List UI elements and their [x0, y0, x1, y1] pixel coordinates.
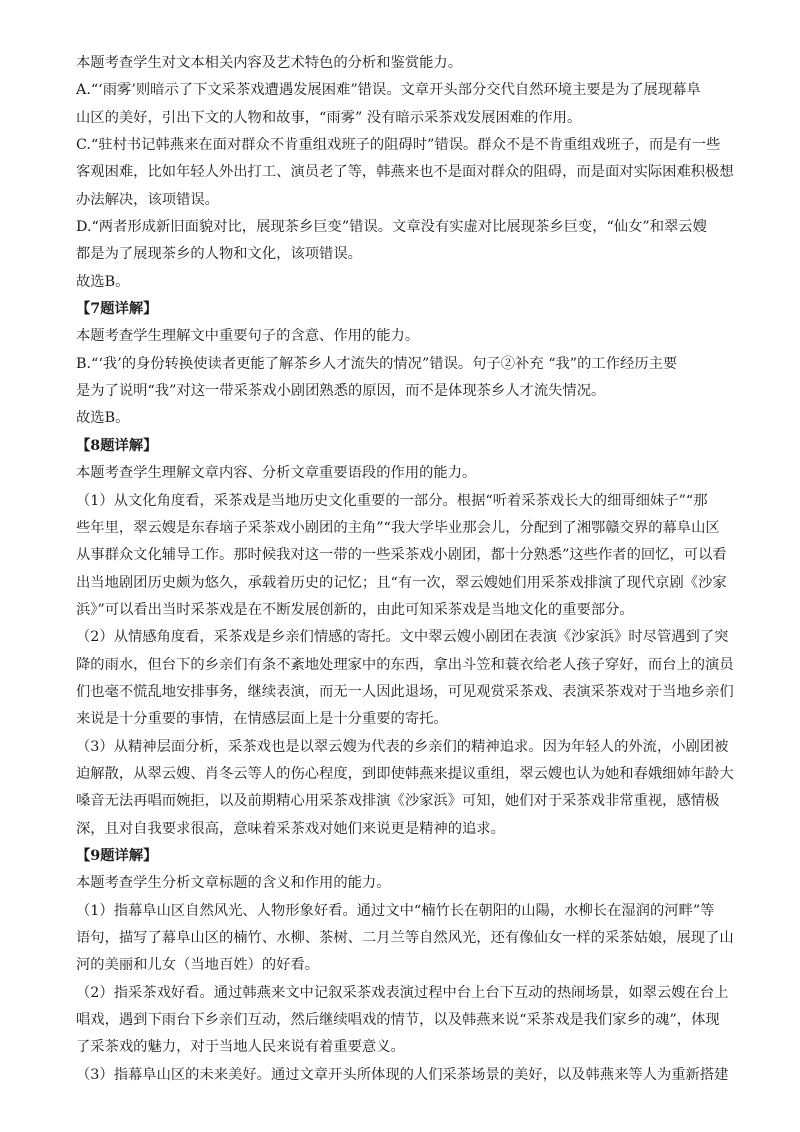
text-line: 本题考查学生分析文章标题的含义和作用的能力。: [76, 870, 736, 897]
text-line: 都是为了展现茶乡的人物和文化，该项错误。: [76, 241, 736, 268]
text-line: 是为了说明“我”对这一带采茶戏小剧团熟悉的原因，而不是体现茶乡人才流失情况。: [76, 378, 736, 405]
text-line: 迫解散，从翠云嫂、肖冬云等人的伤心程度，到即使韩燕来提议重组，翠云嫂也认为她和春…: [76, 761, 736, 788]
text-line: 降的雨水，但台下的乡亲们有条不紊地处理家中的东西，拿出斗笠和蓑衣给老人孩子穿好，…: [76, 652, 736, 679]
text-line: 办法解决，该项错误。: [76, 187, 736, 214]
text-line-point-3: （3）从精神层面分析，采茶戏也是以翠云嫂为代表的乡亲们的精神追求。因为年轻人的外…: [76, 734, 736, 761]
text-line: 山区的美好，引出下文的人物和故事，“雨雾” 没有暗示采茶戏发展困难的作用。: [76, 105, 736, 132]
text-line: 浜》”可以看出当时采茶戏是在不断发展创新的，由此可知采茶戏是当地文化的重要部分。: [76, 597, 736, 624]
section-heading-q8: 【8题详解】: [76, 433, 736, 460]
text-line: 深，且对自我要求很高，意味着采茶戏对她们来说更是精神的追求。: [76, 816, 736, 843]
text-line-option-d: D.“两者形成新旧面貌对比，展现茶乡巨变”错误。文章没有实虚对比展现茶乡巨变，“…: [76, 214, 736, 241]
text-line: 语句，描写了幕阜山区的楠竹、水柳、茶树、二月兰等自然风光，还有像仙女一样的采茶姑…: [76, 925, 736, 952]
text-line-option-b: B.“‘我’的身份转换使读者更能了解茶乡人才流失的情况”错误。句子②补充 “我”…: [76, 351, 736, 378]
text-line-point-1: （1）指幕阜山区自然风光、人物形象好看。通过文中“楠竹长在朝阳的山陽，水柳长在湿…: [76, 898, 736, 925]
text-line: 河的美丽和儿女（当地百姓）的好看。: [76, 952, 736, 979]
text-line: 嗓音无法再唱而婉拒，以及前期精心用采茶戏排演《沙家浜》可知，她们对于采茶戏非常重…: [76, 788, 736, 815]
answer-line: 故选B。: [76, 405, 736, 432]
text-line: 了采茶戏的魅力，对于当地人民来说有着重要意义。: [76, 1034, 736, 1061]
text-line: 些年里，翠云嫂是东春垴子采茶戏小剧团的主角”“我大学毕业那会儿，分配到了湘鄂赣交…: [76, 515, 736, 542]
text-line: 本题考查学生理解文章内容、分析文章重要语段的作用的能力。: [76, 460, 736, 487]
text-line: 来说是十分重要的事情，在情感层面上是十分重要的寄托。: [76, 706, 736, 733]
text-line: 们也毫不慌乱地安排事务，继续表演，而无一人因此退场，可见观赏采茶戏、表演采茶戏对…: [76, 679, 736, 706]
text-line: 本题考查学生理解文中重要句子的含意、作用的能力。: [76, 323, 736, 350]
text-line-point-1: （1）从文化角度看，采茶戏是当地历史文化重要的一部分。根据“听着采茶戏长大的细哥…: [76, 488, 736, 515]
text-line-point-2: （2）指采茶戏好看。通过韩燕来文中记叙采茶戏表演过程中台上台下互动的热闹场景，如…: [76, 980, 736, 1007]
text-line-point-3: （3）指幕阜山区的未来美好。通过文章开头所体现的人们采茶场景的美好，以及韩燕来等…: [76, 1062, 736, 1089]
document-page: 本题考查学生对文本相关内容及艺术特色的分析和鉴赏能力。 A.“‘雨雾’则暗示了下…: [0, 0, 800, 1132]
answer-line: 故选B。: [76, 269, 736, 296]
text-line: 出当地剧团历史颇为悠久，承载着历史的记忆；且“有一次，翠云嫂她们用采茶戏排演了现…: [76, 570, 736, 597]
text-line: 从事群众文化辅导工作。那时候我对这一带的一些采茶戏小剧团，都十分熟悉”这些作者的…: [76, 542, 736, 569]
text-line-point-2: （2）从情感角度看，采茶戏是乡亲们情感的寄托。文中翠云嫂小剧团在表演《沙家浜》时…: [76, 624, 736, 651]
text-line: 客观困难，比如年轻人外出打工、演员老了等，韩燕来也不是面对群众的阻碍，而是面对实…: [76, 159, 736, 186]
text-line: 唱戏，遇到下雨台下乡亲们互动，然后继续唱戏的情节，以及韩燕来说“采茶戏是我们家乡…: [76, 1007, 736, 1034]
text-line-option-a: A.“‘雨雾’则暗示了下文采茶戏遭遇发展困难”错误。文章开头部分交代自然环境主要…: [76, 77, 736, 104]
text-line-option-c: C.“驻村书记韩燕来在面对群众不肯重组戏班子的阻碍时”错误。群众不是不肯重组戏班…: [76, 132, 736, 159]
answer-explanation-body: 本题考查学生对文本相关内容及艺术特色的分析和鉴赏能力。 A.“‘雨雾’则暗示了下…: [76, 50, 736, 1089]
section-heading-q9: 【9题详解】: [76, 843, 736, 870]
text-line: 本题考查学生对文本相关内容及艺术特色的分析和鉴赏能力。: [76, 50, 736, 77]
section-heading-q7: 【7题详解】: [76, 296, 736, 323]
